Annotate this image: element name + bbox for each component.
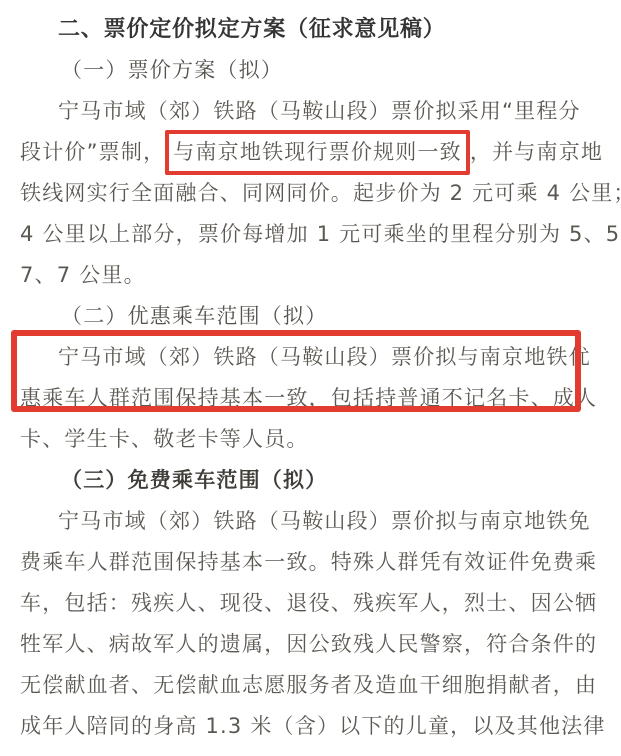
document-body: 二、票价定价拟定方案（征求意见稿） （一）票价方案（拟） 宁马市域（郊）铁路（马… [0, 0, 621, 756]
section-2-heading: （二）优惠乘车范围（拟） [20, 296, 599, 337]
para-2-line-1: 宁马市域（郊）铁路（马鞍山段）票价拟与南京地铁优 [20, 337, 599, 378]
para-3-line-5: 无偿献血者、无偿献血志愿服务者及造血干细胞捐献者，由 [20, 665, 599, 706]
doc-title: 二、票价定价拟定方案（征求意见稿） [20, 9, 599, 50]
para-1-line-2-post: ，并与南京地 [470, 140, 603, 164]
section-3-heading: （三）免费乘车范围（拟） [20, 460, 599, 501]
para-1-line-5: 7、7 公里。 [20, 255, 599, 296]
para-1-line-1: 宁马市域（郊）铁路（马鞍山段）票价拟采用“里程分 [20, 91, 599, 132]
para-2-line-2: 惠乘车人群范围保持基本一致，包括持普通不记名卡、成人 [20, 378, 599, 419]
para-1-line-2: 段计价”票制，与南京地铁现行票价规则一致，并与南京地 [20, 132, 599, 173]
section-1-heading: （一）票价方案（拟） [20, 50, 599, 91]
para-3-line-1: 宁马市域（郊）铁路（马鞍山段）票价拟与南京地铁免 [20, 501, 599, 542]
para-3-line-4: 牲军人、病故军人的遗属，因公致残人民警察，符合条件的 [20, 624, 599, 665]
scanned-document-page: 二、票价定价拟定方案（征求意见稿） （一）票价方案（拟） 宁马市域（郊）铁路（马… [0, 0, 621, 756]
highlight-box-1: 与南京地铁现行票价规则一致 [165, 130, 470, 175]
para-1-line-4: 4 公里以上部分，票价每增加 1 元可乘坐的里程分别为 5、5、 [20, 214, 599, 255]
para-3-line-6: 成年人陪同的身高 1.3 米（含）以下的儿童，以及其他法律 [20, 706, 599, 747]
para-1-line-2-pre: 段计价”票制， [20, 140, 165, 164]
para-2-line-3: 卡、学生卡、敬老卡等人员。 [20, 419, 599, 460]
para-3-line-2: 费乘车人群范围保持基本一致。特殊人群凭有效证件免费乘 [20, 542, 599, 583]
para-3-line-3: 车，包括：残疾人、现役、退役、残疾军人，烈士、因公牺 [20, 583, 599, 624]
para-1-line-3: 铁线网实行全面融合、同网同价。起步价为 2 元可乘 4 公里； [20, 173, 599, 214]
